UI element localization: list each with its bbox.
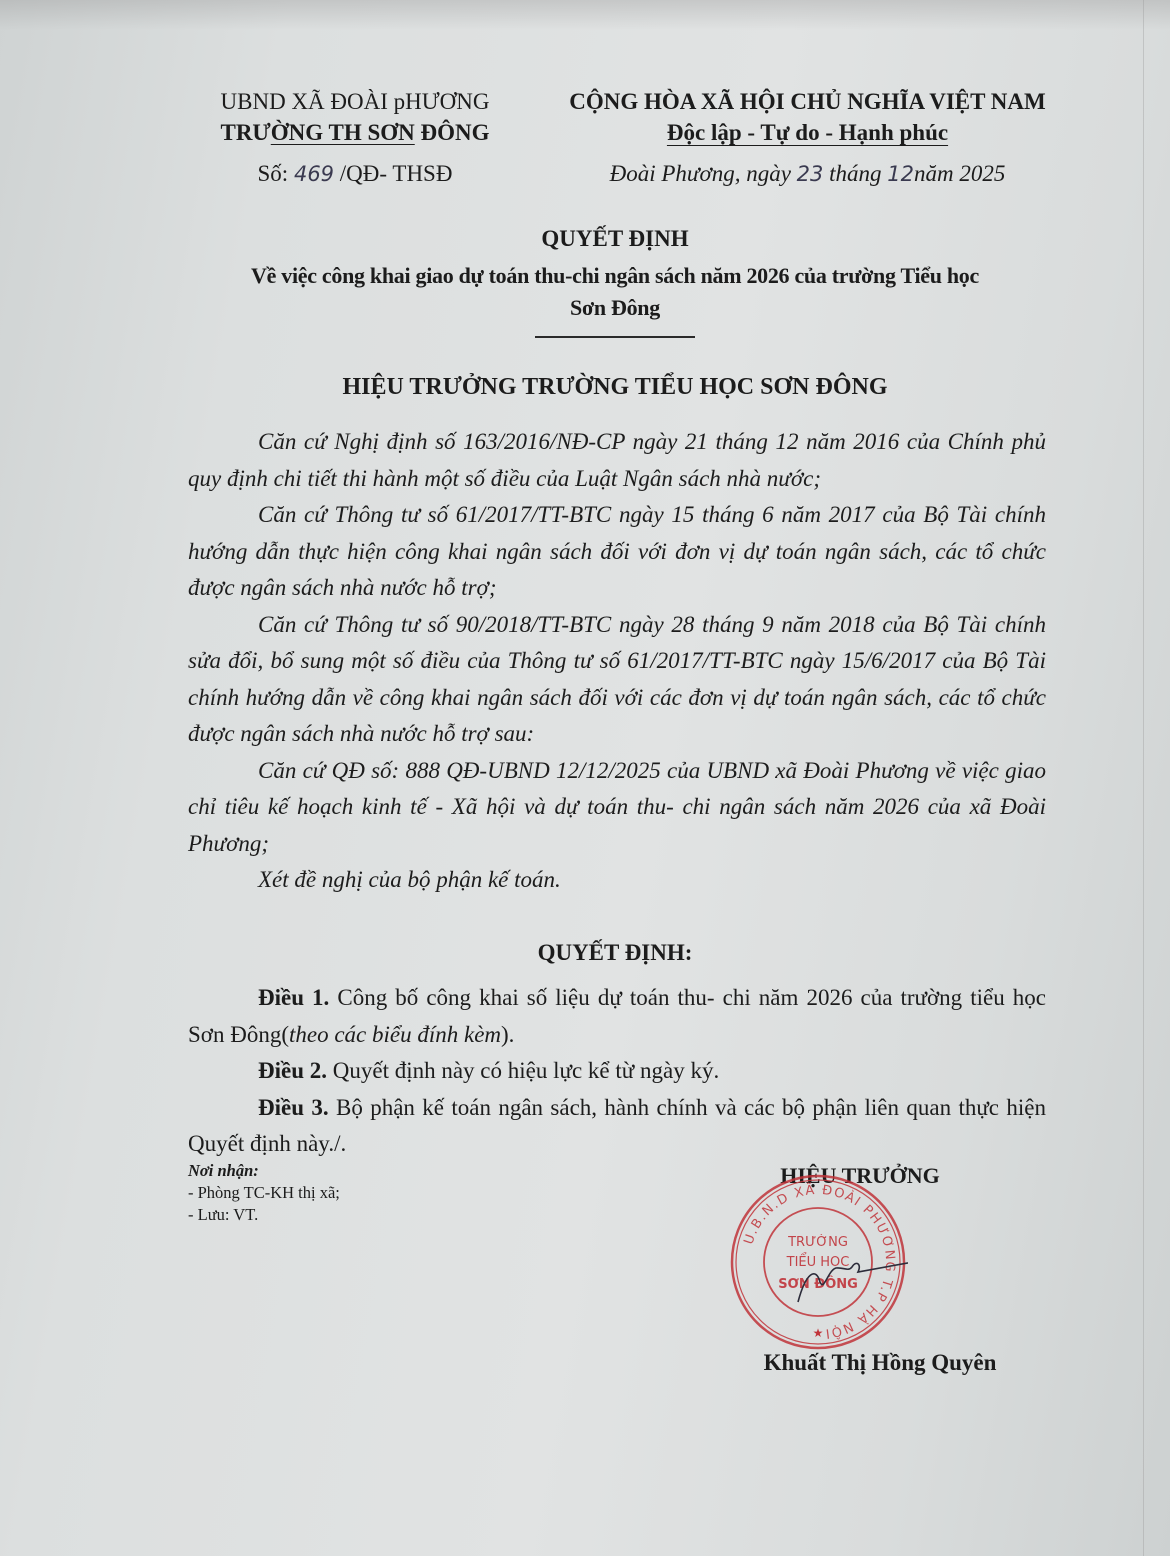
subtitle-line-2: Sơn Đông (170, 292, 1060, 324)
preamble-paragraph: Căn cứ Thông tư số 61/2017/TT-BTC ngày 1… (188, 497, 1046, 607)
recipients-block: Nơi nhận: - Phòng TC-KH thị xã; - Lưu: V… (188, 1160, 340, 1226)
school-name: TRƯỜNG TH SƠN ĐÔNG (190, 117, 520, 148)
school-name-suffix: ĐÔNG (415, 120, 490, 145)
seal-star-icon: ★ (813, 1326, 824, 1340)
handwritten-day: 23 (797, 162, 824, 186)
nation-name: CỘNG HÒA XÃ HỘI CHỦ NGHĨA VIỆT NAM (555, 86, 1060, 117)
article-label: Điều 3. (258, 1095, 329, 1120)
number-suffix: /QĐ- THSĐ (334, 161, 452, 186)
articles: Điều 1. Công bố công khai số liệu dự toá… (188, 980, 1046, 1163)
date-place: Đoài Phương, ngày (610, 161, 797, 186)
school-name-underlined: ỜNG TH SƠN (271, 120, 415, 145)
seal-line-1: TRƯỜNG (787, 1234, 848, 1250)
national-motto: Độc lập - Tự do - Hạnh phúc (555, 117, 1060, 148)
issuing-authority: HIỆU TRƯỞNG TRƯỜNG TIỂU HỌC SƠN ĐÔNG (170, 372, 1060, 402)
article-3: Điều 3. Bộ phận kế toán ngân sách, hành … (188, 1090, 1046, 1163)
school-name-prefix: TRƯ (220, 120, 270, 145)
handwritten-month: 12 (887, 162, 914, 186)
official-seal-icon: U.B.N.D XÃ ĐOÀI PHƯƠNG T.P HÀ NỘI TRƯỜNG… (728, 1172, 908, 1352)
preamble-paragraph: Xét đề nghị của bộ phận kế toán. (188, 862, 1046, 899)
title-block: QUYẾT ĐỊNH Về việc công khai giao dự toá… (170, 224, 1060, 402)
article-label: Điều 2. (258, 1058, 327, 1083)
issuer-block: UBND XÃ ĐOÀI pHƯƠNG TRƯỜNG TH SƠN ĐÔNG S… (190, 86, 520, 190)
subtitle-line-1: Về việc công khai giao dự toán thu-chi n… (170, 260, 1060, 292)
recipient-item: - Phòng TC-KH thị xã; (188, 1182, 340, 1204)
article-end: ). (501, 1022, 514, 1047)
place-date: Đoài Phương, ngày 23 tháng 12năm 2025 (555, 158, 1060, 190)
agency-name: UBND XÃ ĐOÀI pHƯƠNG (190, 86, 520, 117)
motto-text: Độc lập - Tự do - Hạnh phúc (667, 120, 948, 145)
preamble-paragraph: Căn cứ Thông tư số 90/2018/TT-BTC ngày 2… (188, 607, 1046, 753)
document-number: Số: 469 /QĐ- THSĐ (190, 158, 520, 190)
document-subtitle: Về việc công khai giao dự toán thu-chi n… (170, 260, 1060, 324)
preamble-paragraph: Căn cứ Nghị định số 163/2016/NĐ-CP ngày … (188, 424, 1046, 497)
number-prefix: Số: (258, 161, 294, 186)
title-divider (535, 336, 695, 338)
recipients-heading: Nơi nhận: (188, 1160, 340, 1182)
preamble-paragraph: Căn cứ QĐ số: 888 QĐ-UBND 12/12/2025 của… (188, 753, 1046, 863)
preamble: Căn cứ Nghị định số 163/2016/NĐ-CP ngày … (188, 424, 1046, 899)
national-header: CỘNG HÒA XÃ HỘI CHỦ NGHĨA VIỆT NAM Độc l… (555, 86, 1060, 190)
article-text: Quyết định này có hiệu lực kể từ ngày ký… (327, 1058, 719, 1083)
recipient-item: - Lưu: VT. (188, 1204, 340, 1226)
signer-name: Khuất Thị Hồng Quyên (720, 1350, 1040, 1376)
article-label: Điều 1. (258, 985, 329, 1010)
decision-heading: QUYẾT ĐỊNH: (170, 940, 1060, 966)
date-month-label: tháng (823, 161, 887, 186)
handwritten-number: 469 (294, 162, 334, 186)
article-italic-text: theo các biểu đính kèm (289, 1022, 501, 1047)
document-page: UBND XÃ ĐOÀI pHƯƠNG TRƯỜNG TH SƠN ĐÔNG S… (0, 0, 1170, 1556)
article-1: Điều 1. Công bố công khai số liệu dự toá… (188, 980, 1046, 1053)
date-year: năm 2025 (914, 161, 1005, 186)
article-2: Điều 2. Quyết định này có hiệu lực kể từ… (188, 1053, 1046, 1090)
document-title: QUYẾT ĐỊNH (170, 224, 1060, 254)
